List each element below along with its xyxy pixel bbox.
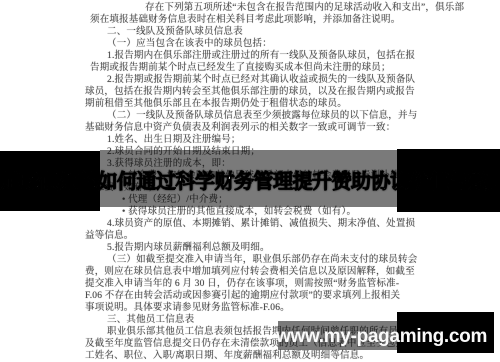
document-line: 益等信息。 — [85, 230, 500, 242]
document-line: 4.球员资产的原值、本期摊销、累计摊销、减值损失、期末净值、处置损 — [107, 218, 500, 230]
document-line: 1.姓名、出生日期及注册编号； — [107, 134, 500, 146]
document-line: 期前租借至其他俱乐部且在本报告期仍处于租借状态的球员。 — [85, 98, 500, 110]
document-line: F.06 不存在由转会活动或因参赛引起的逾期应付款项”的要求填列上报相关 — [85, 290, 500, 302]
document-line: 基础财务信息中资产负债表及利润表列示的相关数字一致或可调节一致： — [85, 122, 500, 134]
document-line: 费，则应在球员信息表中增加填列应付转会费相关信息以及原因解释，如截至 — [85, 266, 500, 278]
page-canvas: 存在下列第五项所述“未包含在报告范围内的足球活动收入和支出”，俱乐部须在填报基础… — [0, 0, 500, 362]
headline-title: 足球俱乐部如何通过科学财务管理提升赞助协议价值与效果 — [0, 170, 500, 194]
document-line: 5.报告期内球员薪酬福利总额及明细。 — [107, 242, 500, 254]
document-line: 存在下列第五项所述“未包含在报告范围内的足球活动收入和支出”，俱乐部 — [145, 2, 500, 14]
document-line: 告期或报告期前某个时点已经发生了直接购买成本但尚未注册的球员； — [90, 62, 500, 74]
document-line: （一）应当包含在该表中的球员包括： — [107, 38, 500, 50]
document-line: 2.报告期或报告期前某个时点已经对其确认收益或损失的一线队及预备队 — [107, 74, 500, 86]
document-line: （二）一线队及预备队球员信息表至少须披露每位球员的以下信息，并与 — [107, 110, 500, 122]
document-line: 1.报告期内在俱乐部注册或注册过的所有一线队及预备队球员，包括在报 — [107, 50, 500, 62]
document-line: 二、一线队及预备队球员信息表 — [107, 26, 500, 38]
document-line: 须在填报基础财务信息表时在相关科目考虑此项影响，并添加备注说明。 — [90, 14, 500, 26]
document-line: 球员，包括在报告期内转会至其他俱乐部注册的球员，以及在报告期内或报告 — [85, 86, 500, 98]
watermark-url: www.my-pagaming.com — [276, 326, 487, 348]
document-line: 提交准入申请当年的 6 月 30 日，仍存在该事项，则需按照“财务监管标准- — [85, 278, 500, 290]
document-line: （三）如截至提交准入申请当年，职业俱乐部仍存在尚未支付的球员转会 — [107, 254, 500, 266]
